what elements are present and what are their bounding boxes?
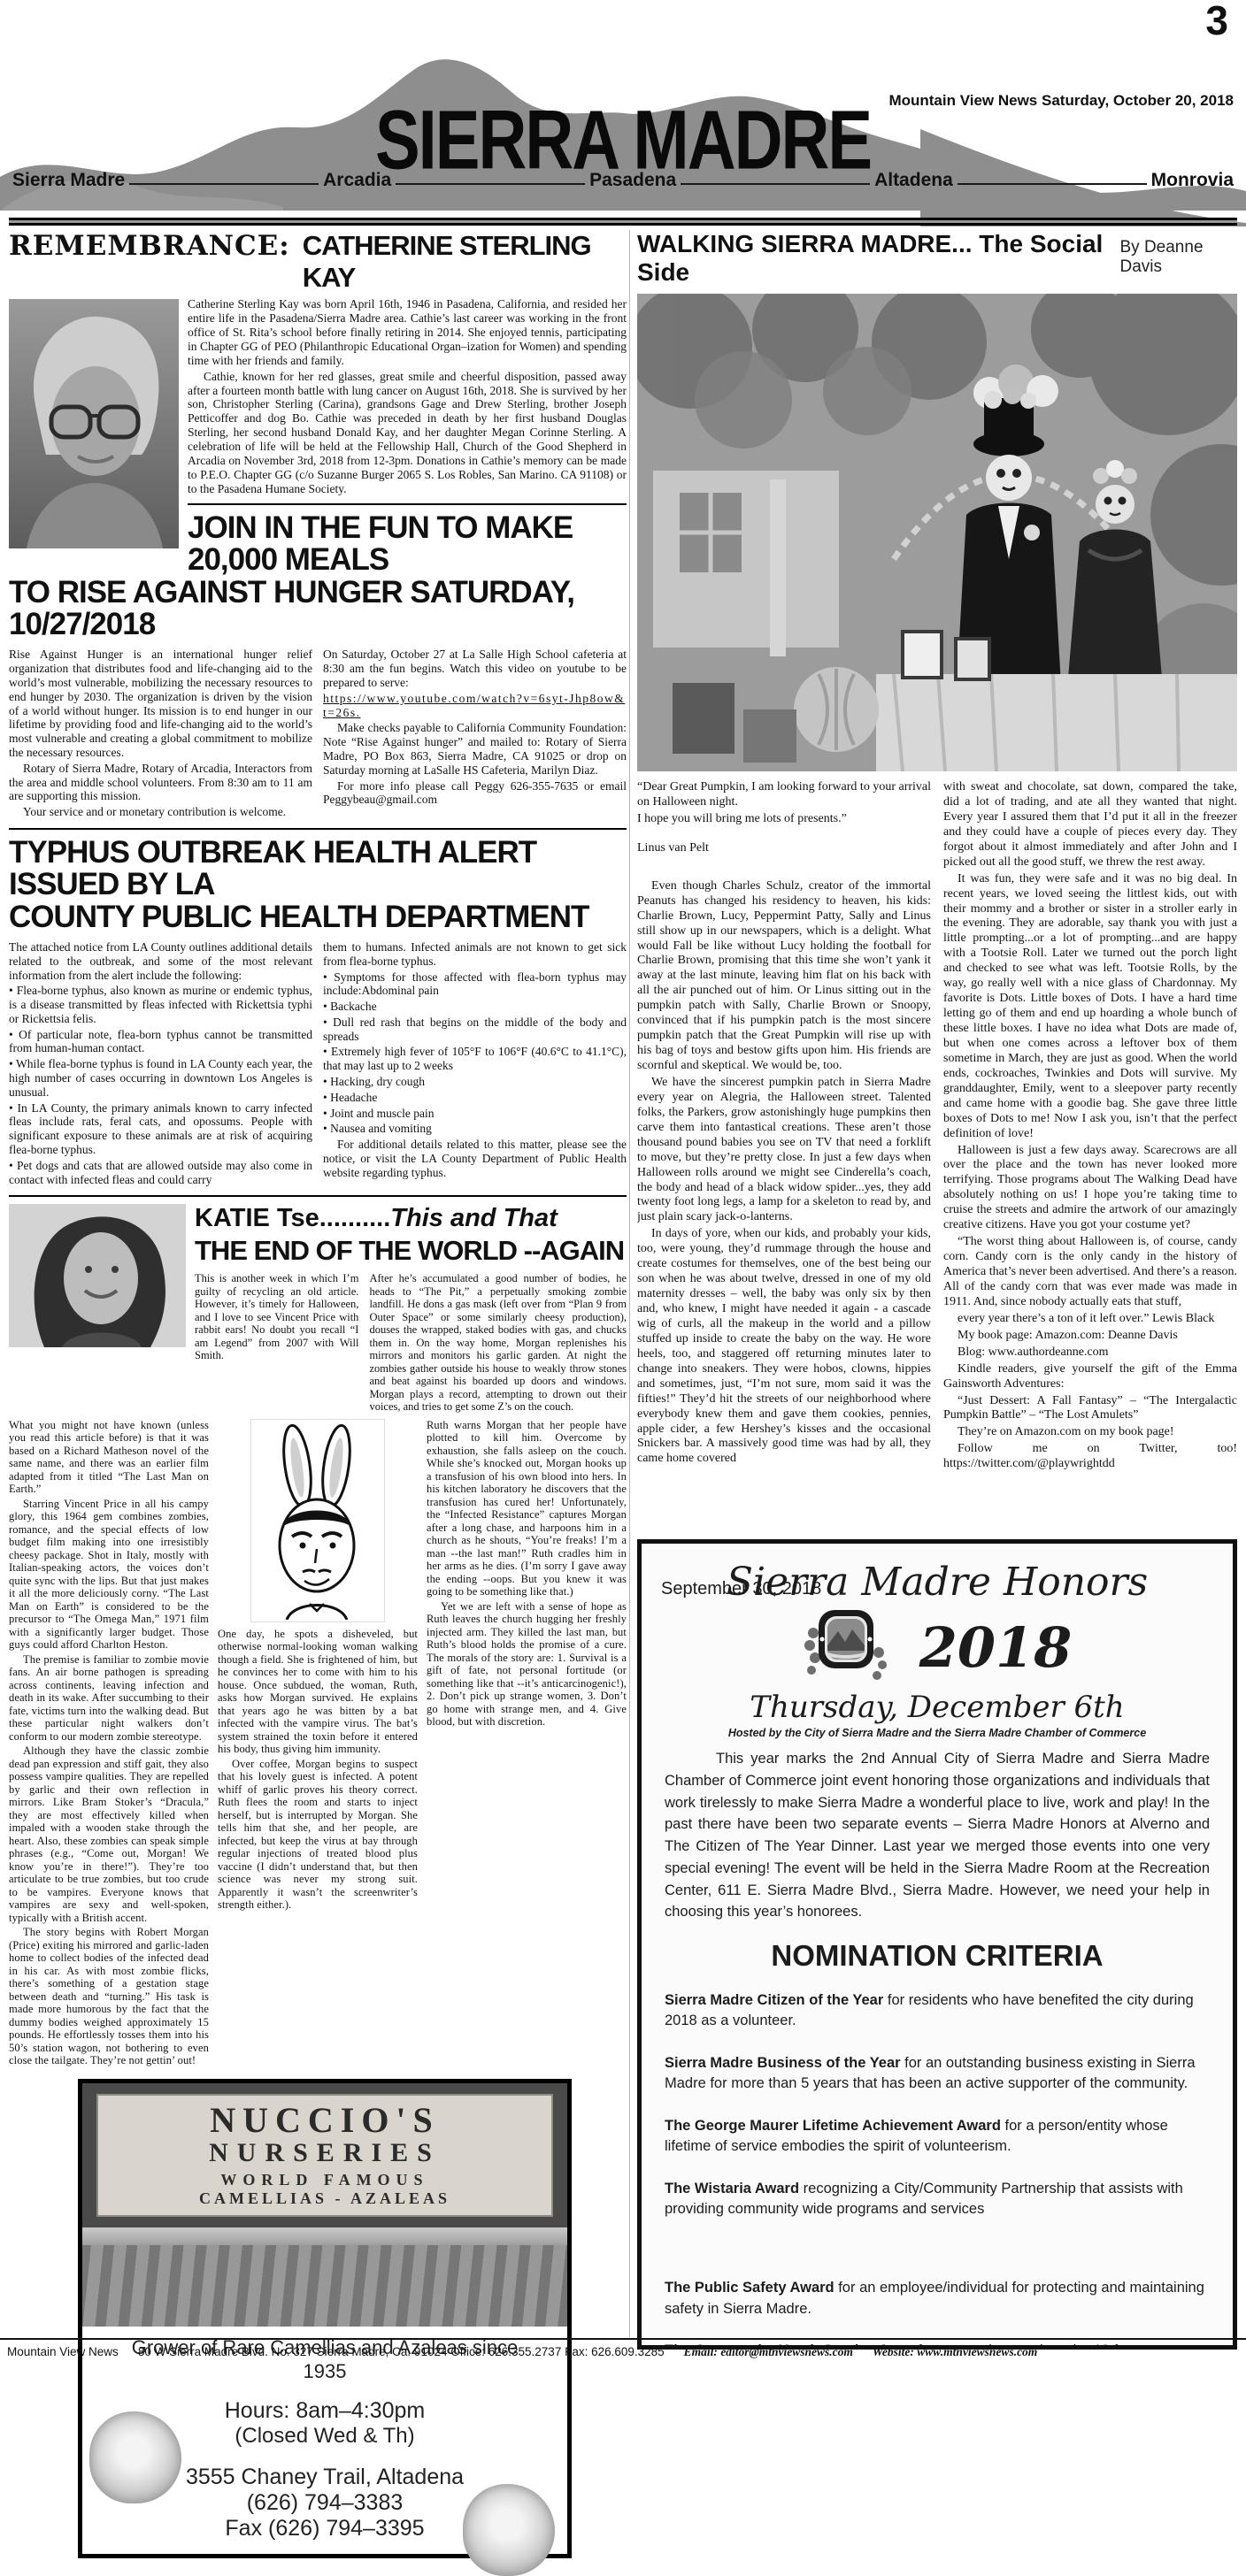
paragraph: • Headache [323, 1091, 627, 1105]
article-header: KATIE Tse..........This and That THE END… [9, 1204, 627, 1415]
paragraph: “Dear Great Pumpkin, I am looking forwar… [637, 780, 931, 810]
article-headline: TYPHUS OUTBREAK HEALTH ALERT ISSUED BY L… [9, 837, 627, 933]
divider-line [958, 183, 1147, 185]
paragraph: Over coffee, Morgan begins to suspect th… [218, 1758, 418, 1912]
column-divider [629, 230, 630, 2337]
catherine-portrait-photo [9, 299, 179, 548]
paragraph: • In LA County, the primary animals know… [9, 1101, 312, 1157]
article-column: them to humans. Infected animals are not… [323, 940, 627, 1188]
section-rule [9, 828, 627, 830]
footer-paper-name: Mountain View News [7, 2345, 119, 2358]
footer-email: Email: editor@mtnviewsnews.com [684, 2345, 853, 2359]
paragraph: The attached notice from LA County outli… [9, 940, 312, 982]
event-day: Thursday, December 6th [665, 1690, 1210, 1725]
nuccios-sign: NUCCIO'S NURSERIES WORLD FAMOUS CAMELLIA… [96, 2094, 553, 2217]
left-column: REMEMBRANCE: CATHERINE STERLING KAY [9, 230, 627, 2558]
paragraph: • Backache [323, 1000, 627, 1014]
website-value: www.mtnviewsnews.com [917, 2345, 1037, 2358]
city-of-sierra-madre-seal [803, 1606, 888, 1688]
paragraph: In days of yore, when our kids, and prob… [637, 1227, 931, 1467]
city-label: Arcadia [323, 170, 391, 191]
criterion: The Public Safety Award for an employee/… [665, 2278, 1210, 2319]
criteria-list: Sierra Madre Citizen of the Year for res… [665, 1990, 1210, 2350]
divider-line [681, 183, 870, 185]
paragraph: Make checks payable to California Commun… [323, 721, 627, 777]
nuccios-nurseries-ad: NUCCIO'S NURSERIES WORLD FAMOUS CAMELLIA… [78, 2079, 572, 2558]
camellia-flower-image [89, 2411, 181, 2503]
article-column-text: One day, he spots a disheveled, but othe… [218, 1628, 418, 1912]
masthead-rule [9, 218, 1237, 226]
paragraph: For additional details related to this m… [323, 1138, 627, 1179]
kicker: REMEMBRANCE: [9, 230, 290, 262]
halloween-skeleton-couple-photo [637, 294, 1237, 771]
intro-column: After he’s accumulated a good number of … [369, 1272, 627, 1415]
paragraph: • Flea-borne typhus, also known as murin… [9, 984, 312, 1025]
nomination-criteria-heading: NOMINATION CRITERIA [665, 1939, 1210, 1973]
criterion: Sierra Madre Business of the Year for an… [665, 2053, 1210, 2095]
headline-line1: KATIE Tse..........This and That [195, 1204, 627, 1233]
article-column: One day, he spots a disheveled, but othe… [218, 1419, 418, 2066]
cartoon-graphic [251, 1420, 382, 1620]
article-column: On Saturday, October 27 at La Salle High… [323, 648, 627, 820]
article-katie-tse: KATIE Tse..........This and That THE END… [9, 1204, 627, 2066]
flyer-date: September 30, 2018 [661, 1579, 821, 1599]
column-tagline: This and That [390, 1204, 558, 1232]
article-headline: WALKING SIERRA MADRE... The Social Side … [637, 230, 1237, 287]
flyer-intro: This year marks the 2nd Annual City of S… [665, 1748, 1210, 1923]
criterion: The Wistaria Award recognizing a City/Co… [665, 2179, 1210, 2220]
sign-line: CAMELLIAS - AZALEAS [102, 2189, 548, 2208]
paragraph: with sweat and chocolate, sat down, comp… [943, 780, 1237, 870]
masthead: 3 Mountain View News Saturday, October 2… [0, 0, 1246, 226]
paragraph: • Dull red rash that begins on the middl… [323, 1016, 627, 1044]
paragraph: Follow me on Twitter, too! https://twitt… [943, 1442, 1237, 1472]
paragraph: Yet we are left with a sense of hope as … [427, 1600, 627, 1729]
section-rule [9, 1195, 627, 1197]
paragraph: • Hacking, dry cough [323, 1075, 627, 1089]
article-intro: This is another week in which I’m guilty… [195, 1272, 627, 1415]
article-column: “Dear Great Pumpkin, I am looking forwar… [637, 780, 931, 1529]
sierra-madre-honors-flyer: September 30, 2018 Sierra Madre Honors 2… [637, 1539, 1237, 2350]
article-column: with sweat and chocolate, sat down, comp… [943, 780, 1237, 1529]
criterion: The George Maurer Lifetime Achievement A… [665, 2116, 1210, 2158]
criterion: Sierra Madre Citizen of the Year for res… [665, 1990, 1210, 2032]
katie-portrait-photo [9, 1204, 186, 1347]
paragraph: My book page: Amazon.com: Deanne Davis [943, 1329, 1237, 1344]
paragraph: Halloween is just a few days away. Scare… [943, 1144, 1237, 1234]
page-number: 3 [1205, 0, 1228, 41]
article-typhus-alert: TYPHUS OUTBREAK HEALTH ALERT ISSUED BY L… [9, 837, 627, 1188]
email-value: editor@mtnviewsnews.com [720, 2345, 853, 2358]
divider-line [396, 183, 585, 185]
criterion-lead: Sierra Madre Citizen of the Year [665, 1992, 883, 2008]
section-rule [188, 503, 627, 505]
nuccios-sign-photo: NUCCIO'S NURSERIES WORLD FAMOUS CAMELLIA… [82, 2083, 567, 2227]
city-label: Sierra Madre [12, 170, 125, 191]
hosted-line: Hosted by the City of Sierra Madre and t… [665, 1727, 1210, 1739]
paragraph: It was fun, they were safe and it was no… [943, 872, 1237, 1142]
article-column: What you might not have known (unless yo… [9, 1419, 209, 2066]
paragraph: “The worst thing about Halloween is, of … [943, 1235, 1237, 1310]
paragraph: • Nausea and vomiting [323, 1122, 627, 1136]
article-column: The attached notice from LA County outli… [9, 940, 312, 1188]
article-column: Ruth warns Morgan that her people have p… [427, 1419, 627, 2066]
article-body: What you might not have known (unless yo… [9, 1419, 627, 2066]
article-remembrance: REMEMBRANCE: CATHERINE STERLING KAY [9, 230, 627, 496]
nursery-field-photo [82, 2227, 567, 2327]
intro-column: This is another week in which I’m guilty… [195, 1272, 358, 1415]
paragraph: • Symptoms for those affected with flea-… [323, 970, 627, 999]
page-footer: Mountain View News 80 W Sierra Madre Blv… [0, 2338, 1246, 2364]
article-body: Catherine Sterling Kay was born April 16… [9, 297, 627, 496]
photo-placeholder-graphic [637, 294, 1237, 771]
article-headline-block: KATIE Tse..........This and That THE END… [195, 1204, 627, 1415]
paragraph: One day, he spots a disheveled, but othe… [218, 1628, 418, 1756]
portrait-placeholder-graphic [9, 1204, 186, 1347]
paragraph: I hope you will bring me lots of present… [637, 812, 931, 827]
criterion-lead: Sierra Madre Business of the Year [665, 2055, 901, 2071]
paragraph: The story begins with Robert Morgan (Pri… [9, 1926, 209, 2066]
sign-line: NUCCIO'S [102, 2103, 548, 2138]
paragraph: What you might not have known (unless yo… [9, 1419, 209, 1496]
paragraph: • Joint and muscle pain [323, 1107, 627, 1121]
paragraph: On Saturday, October 27 at La Salle High… [323, 648, 627, 689]
email-label: Email: [684, 2345, 718, 2358]
url-text[interactable]: https://www.youtube.com/watch?v=6syt-Jhp… [323, 692, 627, 720]
article-walking-sierra-madre: WALKING SIERRA MADRE... The Social Side … [637, 230, 1237, 1529]
byline: By Deanne Davis [1120, 238, 1238, 277]
paragraph: After he’s accumulated a good number of … [369, 1272, 627, 1414]
sign-line: WORLD FAMOUS [102, 2171, 548, 2189]
city-label: Altadena [874, 170, 953, 191]
headline-line2: COUNTY PUBLIC HEALTH DEPARTMENT [9, 901, 627, 933]
city-label: Pasadena [589, 170, 676, 191]
article-body: “Dear Great Pumpkin, I am looking forwar… [637, 780, 1237, 1529]
criterion-lead: The George Maurer Lifetime Achievement A… [665, 2118, 1001, 2134]
article-rise-against-hunger: JOIN IN THE FUN TO MAKE 20,000 MEALS TO … [9, 512, 627, 821]
paragraph: Your service and or monetary contributio… [9, 805, 312, 819]
paragraph: every year there’s a ton of it left over… [943, 1312, 1237, 1327]
paragraph: “Just Dessert: A Fall Fantasy” – “The In… [943, 1394, 1237, 1424]
paragraph: • While flea-borne typhus is found in LA… [9, 1057, 312, 1099]
paragraph: We have the sincerest pumpkin patch in S… [637, 1076, 931, 1225]
vincent-price-rabbit-ears-cartoon [250, 1419, 385, 1622]
paragraph: Kindle readers, give yourself the gift o… [943, 1362, 1237, 1392]
issue-line: Mountain View News Saturday, October 20,… [888, 92, 1234, 110]
headline-line2: TO RISE AGAINST HUNGER SATURDAY, 10/27/2… [9, 577, 627, 641]
paragraph: The premise is familiar to zombie movie … [9, 1653, 209, 1744]
camellia-flower-image [463, 2484, 555, 2576]
paragraph: Starring Vincent Price in all his campy … [9, 1498, 209, 1652]
headline-line1: TYPHUS OUTBREAK HEALTH ALERT ISSUED BY L… [9, 837, 627, 901]
author-name: KATIE Tse.......... [195, 1204, 390, 1232]
headline-line2: THE END OF THE WORLD --AGAIN [195, 1235, 627, 1267]
article-body: The attached notice from LA County outli… [9, 940, 627, 1188]
footer-address: 80 W Sierra Madre Blvd. No. 327 Sierra M… [138, 2345, 665, 2358]
paragraph: Blog: www.authordeanne.com [943, 1345, 1237, 1361]
headline-text: CATHERINE STERLING KAY [303, 230, 627, 294]
article-body: Rise Against Hunger is an international … [9, 648, 627, 820]
cities-bar: Sierra Madre Arcadia Pasadena Altadena M… [12, 170, 1234, 191]
paragraph: them to humans. Infected animals are not… [323, 940, 627, 969]
criterion-lead: The Wistaria Award [665, 2181, 799, 2196]
sign-line: NURSERIES [102, 2138, 548, 2167]
paragraph: • Extremely high fever of 105°F to 106°F… [323, 1045, 627, 1073]
paragraph: • Pet dogs and cats that are allowed out… [9, 1159, 312, 1187]
paragraph: Linus van Pelt [637, 841, 931, 856]
headline-text: WALKING SIERRA MADRE... The Social Side [637, 230, 1111, 287]
paragraph: Even though Charles Schulz, creator of t… [637, 879, 931, 1074]
paragraph: This is another week in which I’m guilty… [195, 1272, 358, 1362]
flyer-year: 2018 [919, 1615, 1073, 1680]
paragraph: • Of particular note, flea-born typhus c… [9, 1028, 312, 1056]
article-column: Rise Against Hunger is an international … [9, 648, 312, 820]
criterion-lead: The Public Safety Award [665, 2280, 835, 2296]
footer-website: Website: www.mtnviewsnews.com [873, 2345, 1037, 2359]
paragraph: They’re on Amazon.com on my book page! [943, 1425, 1237, 1440]
divider-line [129, 183, 319, 185]
website-label: Website: [873, 2345, 914, 2358]
right-column: WALKING SIERRA MADRE... The Social Side … [637, 230, 1237, 2350]
city-label: Monrovia [1151, 170, 1234, 191]
paragraph: Rotary of Sierra Madre, Rotary of Arcadi… [9, 762, 312, 803]
paragraph: For more info please call Peggy 626-355-… [323, 779, 627, 808]
portrait-placeholder-graphic [9, 299, 179, 548]
article-headline: REMEMBRANCE: CATHERINE STERLING KAY [9, 230, 627, 294]
paragraph: Rise Against Hunger is an international … [9, 648, 312, 759]
seal-row: 2018 [665, 1606, 1210, 1688]
paragraph: Ruth warns Morgan that her people have p… [427, 1419, 627, 1598]
paragraph: Although they have the classic zombie de… [9, 1744, 209, 1924]
